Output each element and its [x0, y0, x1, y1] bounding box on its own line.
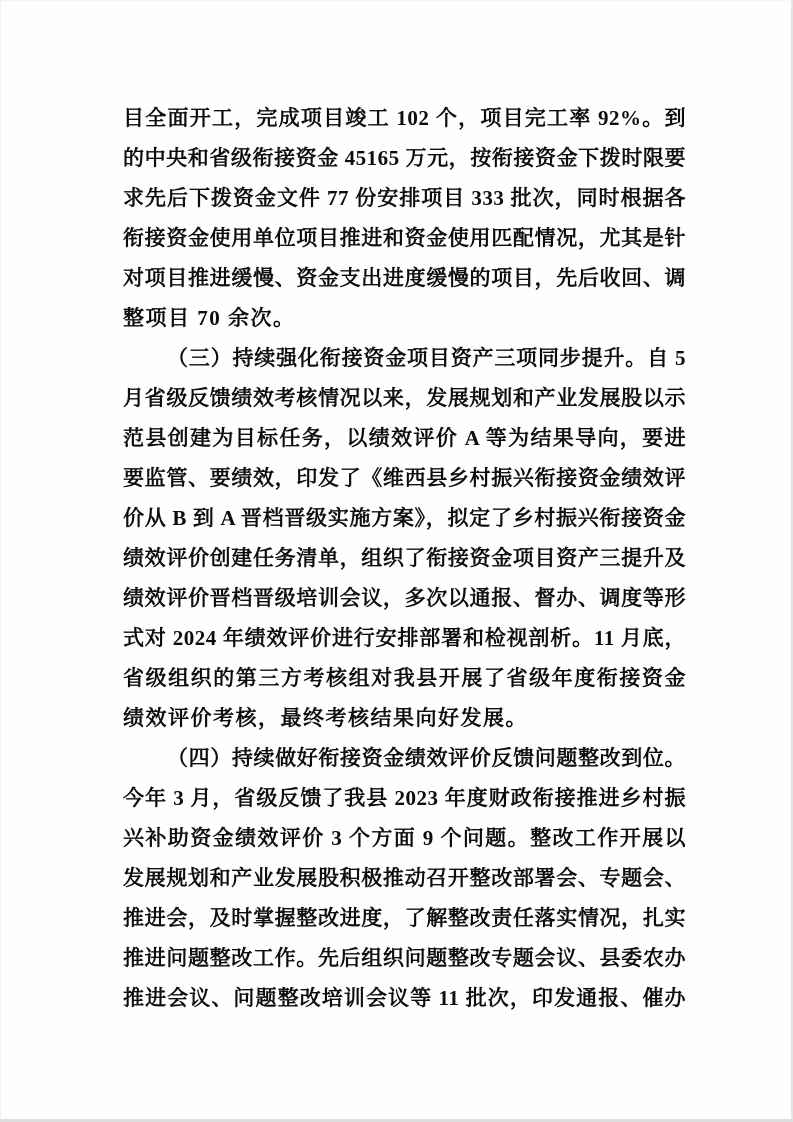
text-line: 衔接资金使用单位项目推进和资金使用匹配情况，尤其是针	[123, 218, 686, 258]
text-line: 绩效评价考核，最终考核结果向好发展。	[123, 698, 686, 738]
text-line: （三）持续强化衔接资金项目资产三项同步提升。自 5	[123, 338, 686, 378]
text-line: 价从 B 到 A 晋档晋级实施方案》，拟定了乡村振兴衔接资金	[123, 498, 686, 538]
text-line: 求先后下拨资金文件 77 份安排项目 333 批次，同时根据各	[123, 178, 686, 218]
text-line: 推进问题整改工作。先后组织问题整改专题会议、县委农办	[123, 938, 686, 978]
text-line: 要监管、要绩效，印发了《维西县乡村振兴衔接资金绩效评	[123, 458, 686, 498]
text-line: 整项目 70 余次。	[123, 298, 686, 338]
text-line: 绩效评价晋档晋级培训会议，多次以通报、督办、调度等形	[123, 578, 686, 618]
text-line: 目全面开工，完成项目竣工 102 个，项目完工率 92%。到位	[123, 98, 686, 138]
text-line: 对项目推进缓慢、资金支出进度缓慢的项目，先后收回、调	[123, 258, 686, 298]
text-line: 推进会议、问题整改培训会议等 11 批次，印发通报、催办	[123, 978, 686, 1018]
text-line: 绩效评价创建任务清单，组织了衔接资金项目资产三提升及	[123, 538, 686, 578]
text-line: 的中央和省级衔接资金 45165 万元，按衔接资金下拨时限要	[123, 138, 686, 178]
text-line: 推进会，及时掌握整改进度，了解整改责任落实情况，扎实	[123, 898, 686, 938]
text-line: 兴补助资金绩效评价 3 个方面 9 个问题。整改工作开展以来，	[123, 818, 686, 858]
text-line: 发展规划和产业发展股积极推动召开整改部署会、专题会、	[123, 858, 686, 898]
text-line: 式对 2024 年绩效评价进行安排部署和检视剖析。11 月底，	[123, 618, 686, 658]
text-line: （四）持续做好衔接资金绩效评价反馈问题整改到位。	[123, 738, 686, 778]
text-line: 范县创建为目标任务，以绩效评价 A 等为结果导向，要进度、	[123, 418, 686, 458]
text-line: 月省级反馈绩效考核情况以来，发展规划和产业发展股以示	[123, 378, 686, 418]
document-body: 目全面开工，完成项目竣工 102 个，项目完工率 92%。到位的中央和省级衔接资…	[123, 98, 686, 1018]
document-page: 目全面开工，完成项目竣工 102 个，项目完工率 92%。到位的中央和省级衔接资…	[0, 0, 793, 1122]
text-line: 今年 3 月，省级反馈了我县 2023 年度财政衔接推进乡村振	[123, 778, 686, 818]
text-line: 省级组织的第三方考核组对我县开展了省级年度衔接资金	[123, 658, 686, 698]
